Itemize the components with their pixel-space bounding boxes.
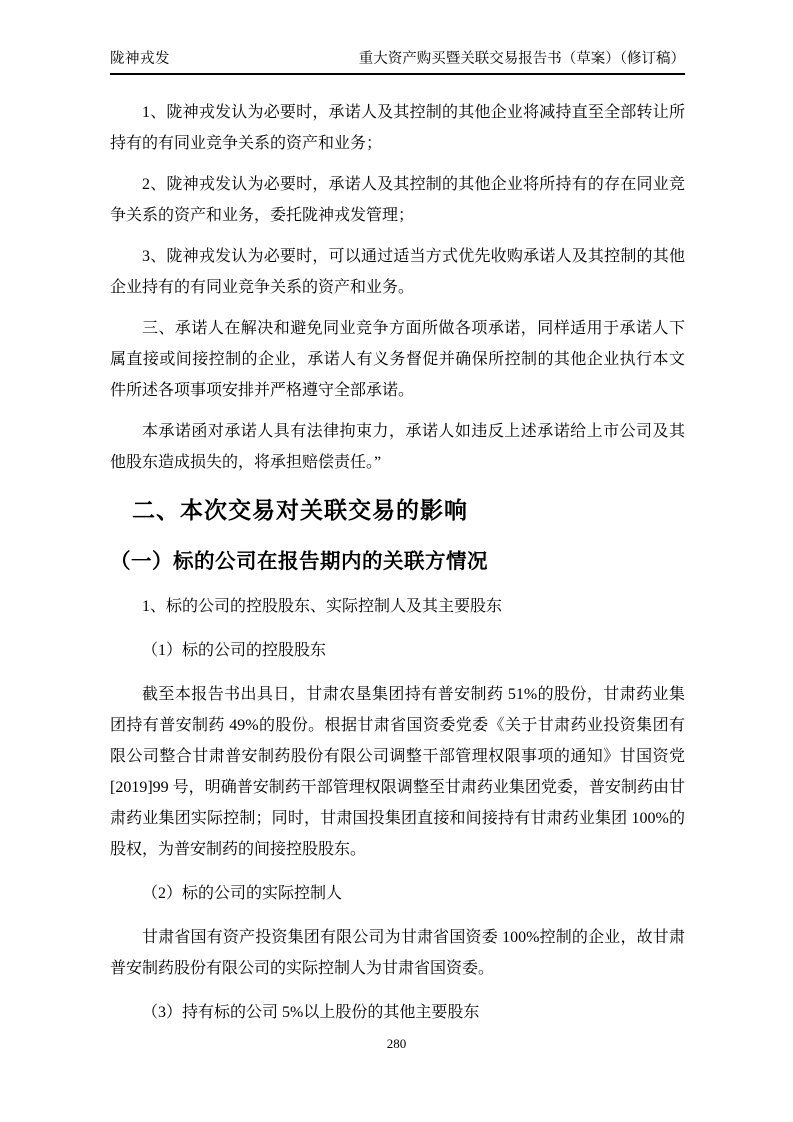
paragraph-commitment-scope: 三、承诺人在解决和避免同业竞争方面所做各项承诺，同样适用于承诺人下属直接或间接控… xyxy=(110,313,685,406)
sub-heading-1-2: （2）标的公司的实际控制人 xyxy=(110,878,685,909)
sub-heading-1-3: （3）持有标的公司 5%以上股份的其他主要股东 xyxy=(110,997,685,1028)
sub-heading-1: 1、标的公司的控股股东、实际控制人及其主要股东 xyxy=(110,591,685,622)
paragraph-commitment-binding: 本承诺函对承诺人具有法律拘束力，承诺人如违反上述承诺给上市公司及其他股东造成损失… xyxy=(110,416,685,478)
header-company-name: 陇神戎发 xyxy=(110,50,170,68)
document-body: 1、陇神戎发认为必要时，承诺人及其控制的其他企业将减持直至全部转让所持有的有同业… xyxy=(110,97,685,1028)
sub-heading-1-1: （1）标的公司的控股股东 xyxy=(110,635,685,666)
page-number: 280 xyxy=(0,1036,793,1052)
paragraph-item-1: 1、陇神戎发认为必要时，承诺人及其控制的其他企业将减持直至全部转让所持有的有同业… xyxy=(110,97,685,159)
paragraph-item-2: 2、陇神戎发认为必要时，承诺人及其控制的其他企业将所持有的存在同业竞争关系的资产… xyxy=(110,169,685,231)
page-header: 陇神戎发 重大资产购买暨关联交易报告书（草案）（修订稿） xyxy=(110,50,685,75)
document-page: 陇神戎发 重大资产购买暨关联交易报告书（草案）（修订稿） 1、陇神戎发认为必要时… xyxy=(0,0,793,1122)
header-document-title: 重大资产购买暨关联交易报告书（草案）（修订稿） xyxy=(359,50,685,68)
section-heading-level2: （一）标的公司在报告期内的关联方情况 xyxy=(110,547,685,577)
paragraph-controlling-shareholder: 截至本报告书出具日，甘肃农垦集团持有普安制药 51%的股份，甘肃药业集团持有普安… xyxy=(110,679,685,865)
paragraph-item-3: 3、陇神戎发认为必要时，可以通过适当方式优先收购承诺人及其控制的其他企业持有的有… xyxy=(110,241,685,303)
section-heading-level1: 二、本次交易对关联交易的影响 xyxy=(110,494,685,527)
paragraph-actual-controller: 甘肃省国有资产投资集团有限公司为甘肃省国资委 100%控制的企业，故甘肃普安制药… xyxy=(110,922,685,984)
